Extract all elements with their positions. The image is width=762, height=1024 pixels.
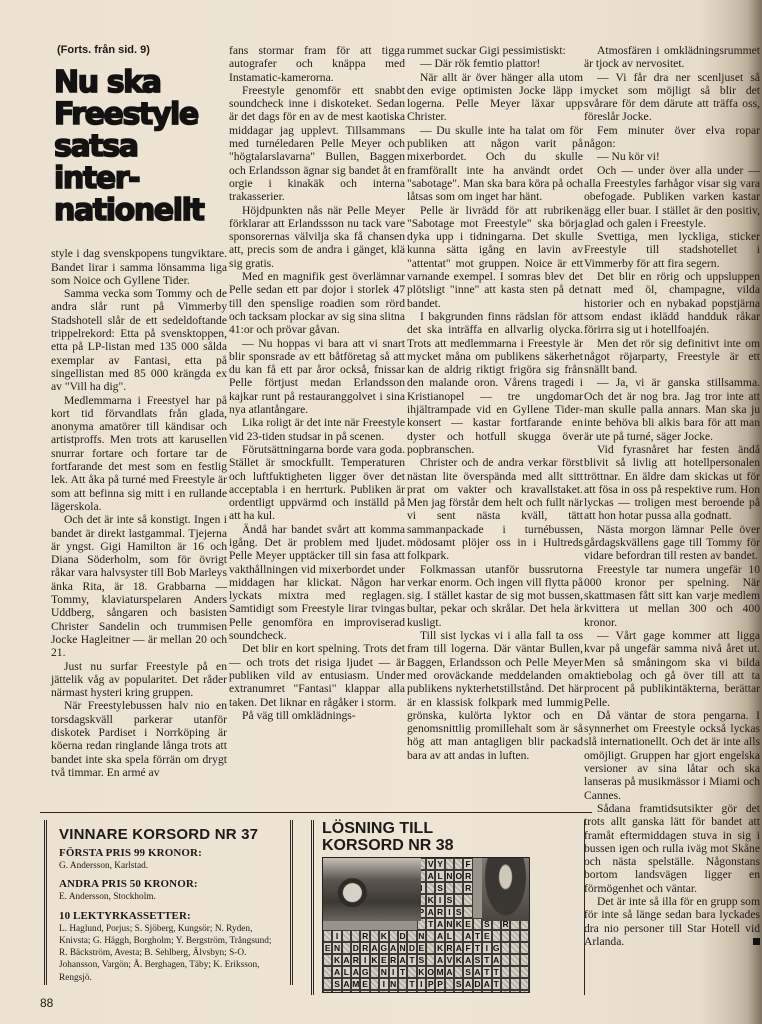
crossword-cell	[426, 930, 435, 942]
crossword-cell: F	[463, 858, 472, 870]
paragraph: Freestyle genomför ett snabbt soundcheck…	[229, 84, 405, 204]
crossword-cell: I	[435, 894, 444, 906]
crossword-cell	[351, 930, 360, 942]
crossword-cell: A	[342, 954, 351, 966]
paragraph: På väg till omklädnings-	[229, 709, 405, 722]
crossword-cell: I	[417, 978, 426, 990]
crossword-cell: S	[389, 990, 398, 993]
crossword-cell: G	[379, 942, 388, 954]
paragraph: — Nu kör vi!	[584, 150, 760, 163]
crossword-cell	[510, 978, 519, 990]
crossword-cell: S	[463, 966, 472, 978]
crossword-cell: S	[454, 978, 463, 990]
crossword-cell: N	[389, 978, 398, 990]
paragraph: Folkmassan utanför bussrutorna verkar en…	[407, 563, 583, 629]
crossword-cell	[454, 882, 463, 894]
crossword-cell	[454, 858, 463, 870]
crossword-cell: Y	[435, 858, 444, 870]
continued-note: (Forts. från sid. 9)	[57, 44, 227, 57]
paragraph: Men det rör sig definitivt inte om något…	[584, 337, 760, 377]
article-headline: Nu ska Freestyle satsa inter- nationellt	[54, 67, 227, 227]
crossword-cell: A	[426, 906, 435, 918]
crossword-cell	[342, 942, 351, 954]
article-column-4: Atmosfären i omklädningsrummet är tjock …	[584, 44, 760, 948]
crossword-cell	[435, 990, 444, 993]
crossword-cell: E	[482, 930, 491, 942]
crossword-cell: K	[379, 930, 388, 942]
crossword-cell: S	[332, 978, 341, 990]
crossword-cell	[510, 954, 519, 966]
headline-line: Nu ska	[54, 67, 227, 99]
crossword-cell	[323, 930, 332, 942]
crossword-cell	[473, 906, 482, 918]
crossword-cell	[501, 978, 510, 990]
headline-line: satsa	[54, 131, 227, 163]
crossword-cell	[323, 954, 332, 966]
crossword-cell: S	[445, 894, 454, 906]
crossword-cell: R	[351, 954, 360, 966]
magazine-page: (Forts. från sid. 9) Nu ska Freestyle sa…	[0, 0, 762, 1024]
crossword-cell: T	[407, 954, 416, 966]
crossword-cell	[492, 930, 501, 942]
crossword-cell	[370, 978, 379, 990]
cassettes-names: L. Haglund, Porjus; S. Sjöberg, Kungsör;…	[59, 923, 278, 984]
paragraph: rummet suckar Gigi pessimistiskt:	[407, 44, 583, 57]
crossword-cell: I	[360, 954, 369, 966]
crossword-cell	[398, 978, 407, 990]
paragraph: Freestyle tar numera ungefär 10 000 kron…	[584, 563, 760, 629]
crossword-cell: A	[398, 954, 407, 966]
crossword-cell: D	[473, 978, 482, 990]
crossword-cell: L	[370, 990, 379, 993]
crossword-cell: A	[463, 978, 472, 990]
crossword-cell: T	[332, 990, 341, 993]
crossword-cell: I	[379, 978, 388, 990]
crossword-cell	[407, 930, 416, 942]
paragraph: Då väntar de stora pengarna. I synnerhet…	[584, 709, 760, 802]
crossword-cell: A	[407, 990, 416, 993]
end-of-article-mark-icon	[753, 938, 760, 945]
crossword-cell: R	[463, 870, 472, 882]
crossword-cell	[426, 954, 435, 966]
crossword-solution-box: LÖSNING TILL KORSORD NR 38 VYFALNORISRKI…	[311, 820, 585, 995]
paragraph: Nästa morgon lämnar Pelle över gårdagskv…	[584, 523, 760, 563]
first-prize-label: FÖRSTA PRIS 99 KRONOR:	[59, 847, 278, 859]
crossword-cell: N	[445, 870, 454, 882]
crossword-cell: S	[454, 906, 463, 918]
crossword-cell: S	[473, 954, 482, 966]
article-column-2: fans stormar fram för att tigga autograf…	[229, 44, 405, 722]
crossword-cell: A	[426, 870, 435, 882]
paragraph: Förutsättningarna borde vara goda. Ställ…	[229, 443, 405, 523]
crossword-cell: T	[482, 954, 491, 966]
paragraph: Det är inte så illa för en grupp som för…	[584, 895, 760, 948]
paragraph: — Vi får dra ner scenljuset så mycket so…	[584, 71, 760, 124]
winners-title: VINNARE KORSORD NR 37	[59, 826, 278, 843]
crossword-cell	[454, 966, 463, 978]
bottom-section-rule	[40, 812, 592, 813]
crossword-cell	[463, 906, 472, 918]
crossword-cell: E	[473, 990, 482, 993]
crossword-cell: A	[473, 966, 482, 978]
paragraph: När Freestylebussen halv nio en torsdags…	[51, 699, 227, 779]
paragraph: fans stormar fram för att tigga autograf…	[229, 44, 405, 84]
crossword-cell: A	[454, 990, 463, 993]
crossword-cell: A	[370, 942, 379, 954]
paragraph: Det blir en kort spelning. Trots det — o…	[229, 642, 405, 708]
crossword-photo-person	[482, 858, 529, 921]
crossword-cell	[510, 930, 519, 942]
headline-line: Freestyle	[54, 99, 227, 131]
crossword-cell	[445, 858, 454, 870]
crossword-cell: L	[445, 930, 454, 942]
final-paragraph-text: Det är inte så illa för en grupp som för…	[584, 895, 760, 948]
crossword-cell: A	[463, 930, 472, 942]
crossword-cell	[520, 954, 529, 966]
paragraph: Medlemmarna i Freestyel har på kort tid …	[51, 394, 227, 514]
crossword-cell	[454, 894, 463, 906]
crossword-cell: V	[426, 858, 435, 870]
crossword-cell: T	[482, 966, 491, 978]
crossword-cell: R	[463, 882, 472, 894]
crossword-cell	[501, 930, 510, 942]
crossword-cell: K	[435, 942, 444, 954]
crossword-cell: R	[482, 990, 491, 993]
crossword-cell: E	[379, 954, 388, 966]
crossword-cell: R	[435, 906, 444, 918]
crossword-cell: A	[435, 930, 444, 942]
crossword-cell: A	[454, 942, 463, 954]
crossword-cell: N	[463, 990, 472, 993]
paragraph: I bakgrunden finns rädslan för att det s…	[407, 310, 583, 456]
crossword-cell	[463, 894, 472, 906]
crossword-cell: T	[473, 942, 482, 954]
crossword-cell: E	[463, 918, 472, 930]
crossword-cell: A	[435, 918, 444, 930]
crossword-cell	[407, 966, 416, 978]
crossword-cell	[501, 942, 510, 954]
crossword-cell	[473, 894, 482, 906]
crossword-cell: L	[417, 990, 426, 993]
crossword-cell: L	[435, 870, 444, 882]
crossword-cell: A	[389, 942, 398, 954]
crossword-cell: A	[435, 954, 444, 966]
paragraph: Fem minuter över elva ropar någon:	[584, 124, 760, 151]
paragraph: Höjdpunkten nås när Pelle Meyer förklara…	[229, 204, 405, 270]
crossword-cell: A	[351, 990, 360, 993]
crossword-cell: L	[342, 966, 351, 978]
paragraph: Och — under över alla under — alla Frees…	[584, 164, 760, 230]
crossword-cell	[501, 990, 510, 993]
paragraph: Till sist lyckas vi i alla fall ta oss f…	[407, 629, 583, 762]
crossword-cell: I	[389, 966, 398, 978]
crossword-cell: N	[417, 930, 426, 942]
headline-line: nationellt	[54, 195, 227, 227]
crossword-cell: D	[351, 942, 360, 954]
crossword-cell: N	[332, 942, 341, 954]
crossword-cell	[520, 930, 529, 942]
crossword-cell: R	[445, 942, 454, 954]
paragraph: Med en magnifik gest överlämnar Pelle se…	[229, 270, 405, 336]
crossword-cell	[426, 882, 435, 894]
crossword-cell: P	[426, 978, 435, 990]
paragraph: Det blir en rörig och uppsluppen natt me…	[584, 270, 760, 336]
cassettes-label: 10 LEKTYRKASSETTER:	[59, 910, 278, 922]
crossword-cell: K	[454, 918, 463, 930]
paragraph: När allt är över hänger alla utom den ev…	[407, 71, 583, 124]
crossword-winners-box: VINNARE KORSORD NR 37 FÖRSTA PRIS 99 KRO…	[44, 820, 293, 985]
crossword-cell: K	[398, 990, 407, 993]
crossword-cell	[510, 942, 519, 954]
crossword-cell: A	[332, 966, 341, 978]
crossword-cell: R	[360, 942, 369, 954]
second-prize-label: ANDRA PRIS 50 KRONOR:	[59, 878, 278, 890]
paragraph: Vid fyrasnåret har festen ändå blivit så…	[584, 443, 760, 523]
solution-title-line: LÖSNING TILL	[322, 820, 433, 837]
second-prize-names: E. Andersson, Stockholm.	[59, 891, 278, 903]
paragraph: — Nu hoppas vi bara att vi snart blir sp…	[229, 337, 405, 417]
solution-title: LÖSNING TILL KORSORD NR 38	[322, 820, 584, 854]
crossword-solution-grid: VYFALNORISRKISPARISTANKESRIRKDNALATEENDR…	[322, 857, 530, 993]
crossword-cell	[510, 966, 519, 978]
crossword-cell: N	[445, 918, 454, 930]
crossword-cell: A	[351, 966, 360, 978]
crossword-cell: T	[492, 966, 501, 978]
crossword-cell	[520, 942, 529, 954]
paragraph: Christer och de andra verkar först nästa…	[407, 456, 583, 562]
crossword-cell	[370, 930, 379, 942]
crossword-photo-train	[323, 858, 421, 921]
crossword-cell	[520, 978, 529, 990]
paragraph: Sådana framtidsutsikter gör det trots al…	[584, 802, 760, 895]
crossword-cell: T	[492, 978, 501, 990]
crossword-cell: E	[417, 942, 426, 954]
crossword-cell	[389, 930, 398, 942]
paragraph: Just nu surfar Freestyle på en jättelik …	[51, 660, 227, 700]
crossword-cell: S	[445, 990, 454, 993]
crossword-cell: R	[360, 930, 369, 942]
crossword-cell: K	[370, 954, 379, 966]
crossword-cell: G	[360, 966, 369, 978]
crossword-cell	[426, 942, 435, 954]
crossword-cell: T	[398, 966, 407, 978]
crossword-cell	[473, 882, 482, 894]
crossword-cell: T	[426, 918, 435, 930]
crossword-cell	[473, 918, 482, 930]
first-prize-names: G. Andersson, Karlstad.	[59, 860, 278, 872]
article-column-1: (Forts. från sid. 9) Nu ska Freestyle sa…	[51, 44, 227, 779]
crossword-cell: A	[492, 954, 501, 966]
crossword-cell: A	[482, 978, 491, 990]
crossword-cell: K	[454, 954, 463, 966]
crossword-cell	[445, 882, 454, 894]
crossword-cell: S	[435, 882, 444, 894]
paragraph: — Där rök femtio plattor!	[407, 57, 583, 70]
crossword-cell	[510, 990, 519, 993]
crossword-cell: A	[463, 954, 472, 966]
paragraph: Samma vecka som Tommy och de andra slår …	[51, 287, 227, 393]
crossword-cell	[473, 870, 482, 882]
crossword-cell	[501, 954, 510, 966]
crossword-cell: K	[426, 894, 435, 906]
paragraph: Svettiga, men lyckliga, sticker Freestyl…	[584, 230, 760, 270]
paragraph: Lika roligt är det inte när Freestyle vi…	[229, 416, 405, 443]
crossword-cell: A	[342, 978, 351, 990]
crossword-cell	[342, 930, 351, 942]
crossword-cell	[323, 990, 332, 993]
crossword-cell: T	[473, 930, 482, 942]
crossword-cell: A	[492, 990, 501, 993]
paragraph: — Vårt gage kommer att ligga kvar på ung…	[584, 629, 760, 709]
paragraph: — Ja, vi är ganska stillsamma. Och det ä…	[584, 376, 760, 442]
paragraph: Och det är inte så konstigt. Ingen i ban…	[51, 513, 227, 659]
crossword-cell: R	[389, 954, 398, 966]
paragraph: style i dag svenskpopens tungviktare. Ba…	[51, 247, 227, 287]
crossword-cell	[370, 966, 379, 978]
crossword-cell: P	[435, 978, 444, 990]
crossword-cell: E	[360, 978, 369, 990]
crossword-cell: N	[379, 966, 388, 978]
crossword-cell: M	[351, 978, 360, 990]
crossword-cell	[520, 990, 529, 993]
crossword-cell: F	[463, 942, 472, 954]
crossword-cell: M	[435, 966, 444, 978]
crossword-cell: K	[417, 966, 426, 978]
crossword-cell: O	[454, 870, 463, 882]
crossword-cell	[501, 966, 510, 978]
crossword-cell: S	[417, 954, 426, 966]
crossword-cell: O	[426, 966, 435, 978]
page-number: 88	[40, 996, 53, 1010]
crossword-cell	[454, 930, 463, 942]
crossword-cell	[323, 978, 332, 990]
crossword-cell: I	[332, 930, 341, 942]
crossword-cell: V	[445, 954, 454, 966]
crossword-cell: E	[323, 942, 332, 954]
paragraph: Atmosfären i omklädningsrummet är tjock …	[584, 44, 760, 71]
crossword-cell: G	[492, 942, 501, 954]
solution-title-line: KORSORD NR 38	[322, 837, 454, 854]
crossword-cell: D	[398, 930, 407, 942]
crossword-cell	[473, 858, 482, 870]
crossword-cell: A	[445, 966, 454, 978]
paragraph: Ändå har bandet svårt att komma igång. D…	[229, 523, 405, 643]
crossword-cell	[445, 978, 454, 990]
crossword-cell: L	[360, 990, 369, 993]
paragraph: — Du skulle inte ha talat om för publike…	[407, 124, 583, 204]
crossword-cell: K	[332, 954, 341, 966]
crossword-cell	[379, 990, 388, 993]
crossword-cell: T	[407, 978, 416, 990]
article-column-3: rummet suckar Gigi pessimistiskt: — Där …	[407, 44, 583, 762]
crossword-cell	[520, 966, 529, 978]
headline-line: inter-	[54, 163, 227, 195]
crossword-cell: D	[407, 942, 416, 954]
crossword-cell: I	[482, 942, 491, 954]
crossword-cell: R	[342, 990, 351, 993]
crossword-cell: P	[426, 990, 435, 993]
crossword-cell: N	[398, 942, 407, 954]
crossword-cell	[323, 966, 332, 978]
crossword-cell: I	[445, 906, 454, 918]
paragraph: Pelle är livrädd för att rubriken "Sabot…	[407, 204, 583, 310]
